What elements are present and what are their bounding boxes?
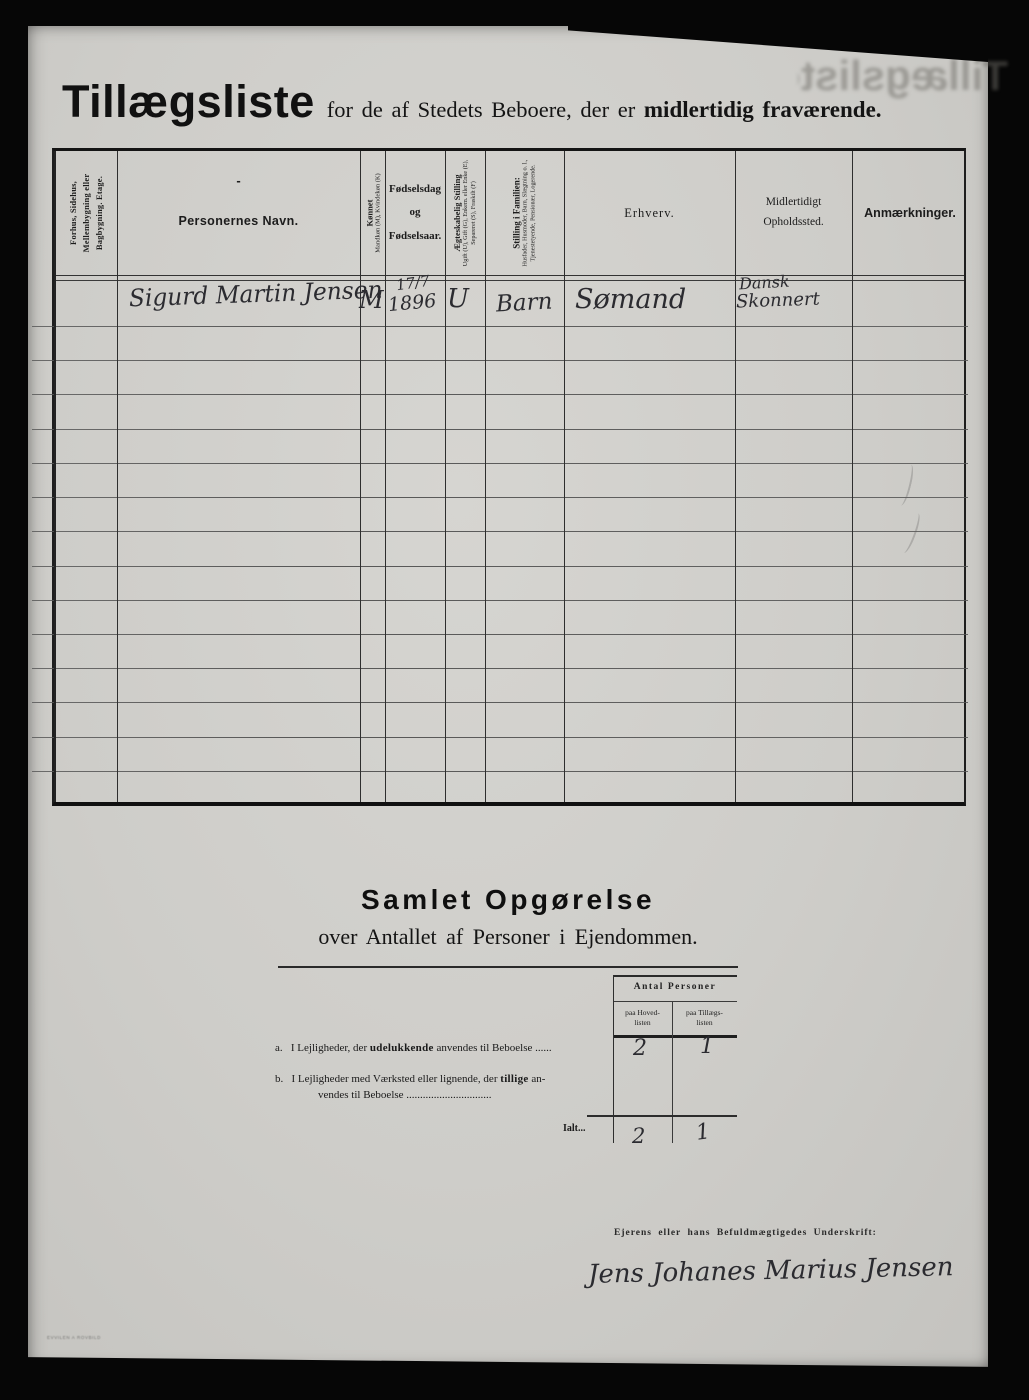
column-header-bygning: Forhus, Sidehus, Mellembygning eller Bag… bbox=[54, 151, 117, 275]
summary-row-b-prefix: b. bbox=[275, 1073, 283, 1085]
document-page: Tillægsliste Tillægsliste for de af Sted… bbox=[28, 26, 988, 1368]
column-header-koen: Kønnet Mandkøn (M), Kvindekøn (K) bbox=[360, 151, 385, 275]
antal-table-top-border bbox=[613, 975, 737, 977]
table-column-line bbox=[360, 151, 361, 802]
column-header-foedsel: Fødselsdag og Fødselsaar. bbox=[385, 151, 445, 275]
summary-row-a-bold: udelukkende bbox=[370, 1042, 434, 1054]
antal-header-bottom-border bbox=[613, 1035, 737, 1038]
table-row-line bbox=[32, 394, 968, 395]
antal-vline-left bbox=[613, 975, 614, 1143]
column-header-foedsel-l1: Fødselsdag bbox=[389, 178, 441, 201]
table-row-line bbox=[32, 326, 968, 327]
table-row-line bbox=[32, 668, 968, 669]
column-header-stilling-sub: Husfader, Husmoder, Barn, Slægtning o. l… bbox=[521, 154, 538, 272]
entry-stilling-i-familien: Barn bbox=[495, 289, 553, 318]
printer-mark: EVVILEN A ROVBILD bbox=[47, 1335, 101, 1340]
table-row-line bbox=[32, 600, 968, 601]
column-header-ophold-l2: Opholdssted. bbox=[763, 213, 823, 233]
antal-col-tillaegslisten-l2: listen bbox=[672, 1018, 737, 1028]
entry-erhverv: Sømand bbox=[575, 284, 686, 315]
summary-heading: Samlet Opgørelse bbox=[278, 884, 738, 916]
header-divider-line bbox=[54, 275, 964, 276]
column-header-koen-title: Kønnet bbox=[364, 154, 374, 272]
table-row-line bbox=[32, 531, 968, 532]
antal-col-hovedlisten: paa Hoved- listen bbox=[613, 1008, 672, 1028]
column-header-anm: Anmærkninger. bbox=[852, 151, 968, 275]
scan-edge-top-right bbox=[568, 26, 988, 62]
ialt-divider-line bbox=[587, 1115, 737, 1117]
summary-a-tillaegslisten-value: 1 bbox=[700, 1034, 714, 1059]
antal-col-tillaegslisten: paa Tillægs- listen bbox=[672, 1008, 737, 1028]
column-header-ophold: Midlertidigt Opholdssted. bbox=[735, 151, 852, 275]
table-column-line bbox=[445, 151, 446, 802]
summary-row-b-post: an- bbox=[529, 1073, 546, 1085]
column-header-navn: - Personernes Navn. bbox=[117, 151, 360, 275]
column-header-koen-sub: Mandkøn (M), Kvindekøn (K) bbox=[374, 154, 381, 272]
summary-row-a: a. I Lejligheder, der udelukkende anvend… bbox=[275, 1042, 552, 1054]
header-divider-line-2 bbox=[54, 280, 964, 281]
summary-row-b-bold: tillige bbox=[500, 1073, 528, 1085]
ialt-tillaegslisten-value: 1 bbox=[694, 1119, 711, 1146]
table-row-line bbox=[32, 497, 968, 498]
summary-row-b-line1: b. I Lejligheder med Værksted eller lign… bbox=[275, 1073, 545, 1085]
document-header: Tillægsliste for de af Stedets Beboere, … bbox=[62, 76, 882, 128]
column-header-stilling-title: Stilling i Familien: bbox=[511, 154, 521, 272]
summary-divider-rule bbox=[278, 966, 738, 968]
column-header-aegteskab-title: Ægteskabelig Stilling bbox=[452, 154, 462, 272]
table-row-line bbox=[32, 463, 968, 464]
column-header-aegteskab-sub: Ugift (U), Gift (G), Enkem. eller Enke (… bbox=[462, 154, 478, 272]
antal-col-tillaegslisten-l1: paa Tillægs- bbox=[672, 1008, 737, 1018]
entry-aegteskabelig-stilling: U bbox=[447, 284, 469, 314]
table-row-line bbox=[32, 771, 968, 772]
table-row-line bbox=[32, 360, 968, 361]
signature-label: Ejerens eller hans Befuldmægtigedes Unde… bbox=[614, 1228, 877, 1238]
antal-col-hovedlisten-l2: listen bbox=[613, 1018, 672, 1028]
entry-foedselsaar: 1896 bbox=[387, 290, 437, 316]
ialt-label: Ialt... bbox=[563, 1123, 586, 1134]
table-row-line bbox=[32, 702, 968, 703]
column-header-bygning-label: Forhus, Sidehus, Mellembygning eller Bag… bbox=[66, 154, 104, 272]
column-header-erhverv-label: Erhverv. bbox=[624, 206, 675, 221]
table-row-line bbox=[32, 634, 968, 635]
table-column-line bbox=[117, 151, 118, 802]
column-header-ophold-l1: Midlertidigt bbox=[763, 193, 823, 213]
table-column-line bbox=[852, 151, 853, 802]
table-column-line bbox=[564, 151, 565, 802]
summary-row-a-post: anvendes til Beboelse ...... bbox=[434, 1042, 552, 1054]
table-row-line bbox=[32, 566, 968, 567]
table-column-line bbox=[735, 151, 736, 802]
column-header-navn-label: Personernes Navn. bbox=[178, 214, 298, 228]
ialt-hovedlisten-value: 2 bbox=[632, 1124, 645, 1148]
summary-row-a-prefix: a. bbox=[275, 1042, 283, 1054]
subtitle-regular: for de af Stedets Beboere, der er bbox=[327, 97, 636, 122]
column-header-erhverv: Erhverv. bbox=[564, 151, 735, 275]
summary-row-b-pre: I Lejligheder med Værksted eller lignend… bbox=[292, 1073, 501, 1085]
summary-subheading: over Antallet af Personer i Ejendommen. bbox=[278, 924, 738, 950]
table-column-line bbox=[485, 151, 486, 802]
column-header-foedsel-l3: Fødselsaar. bbox=[389, 225, 441, 248]
antal-header-underline bbox=[613, 1001, 737, 1002]
summary-row-a-pre: I Lejligheder, der bbox=[291, 1042, 370, 1054]
antal-vline-mid bbox=[672, 1002, 673, 1143]
summary-a-hovedlisten-value: 2 bbox=[633, 1036, 647, 1061]
column-header-aegteskab: Ægteskabelig Stilling Ugift (U), Gift (G… bbox=[445, 151, 485, 275]
scan-background: Tillægsliste Tillægsliste for de af Sted… bbox=[0, 0, 1029, 1400]
column-header-foedsel-l2: og bbox=[389, 201, 441, 224]
page-title: Tillægsliste bbox=[62, 76, 315, 128]
column-header-anm-label: Anmærkninger. bbox=[864, 206, 956, 220]
summary-row-b-line2: vendes til Beboelse ....................… bbox=[318, 1089, 492, 1101]
table-row-line bbox=[32, 429, 968, 430]
column-header-navn-dash: - bbox=[236, 173, 240, 188]
signature-name: Jens Johanes Marius Jensen bbox=[588, 1252, 954, 1290]
entry-opholdssted-line2: Skonnert bbox=[736, 289, 820, 313]
antal-header: Antal Personer bbox=[613, 982, 737, 992]
table-column-line bbox=[54, 151, 56, 802]
persons-table: Forhus, Sidehus, Mellembygning eller Bag… bbox=[52, 148, 966, 806]
column-header-stilling: Stilling i Familien: Husfader, Husmoder,… bbox=[485, 151, 564, 275]
subtitle-bold: midlertidig fraværende. bbox=[644, 97, 882, 122]
page-subtitle: for de af Stedets Beboere, der er midler… bbox=[327, 97, 882, 123]
table-column-line bbox=[385, 151, 386, 802]
entry-koen: M bbox=[359, 286, 384, 314]
table-row-line bbox=[32, 737, 968, 738]
scan-edge-bottom bbox=[28, 1354, 988, 1368]
antal-col-hovedlisten-l1: paa Hoved- bbox=[613, 1008, 672, 1018]
